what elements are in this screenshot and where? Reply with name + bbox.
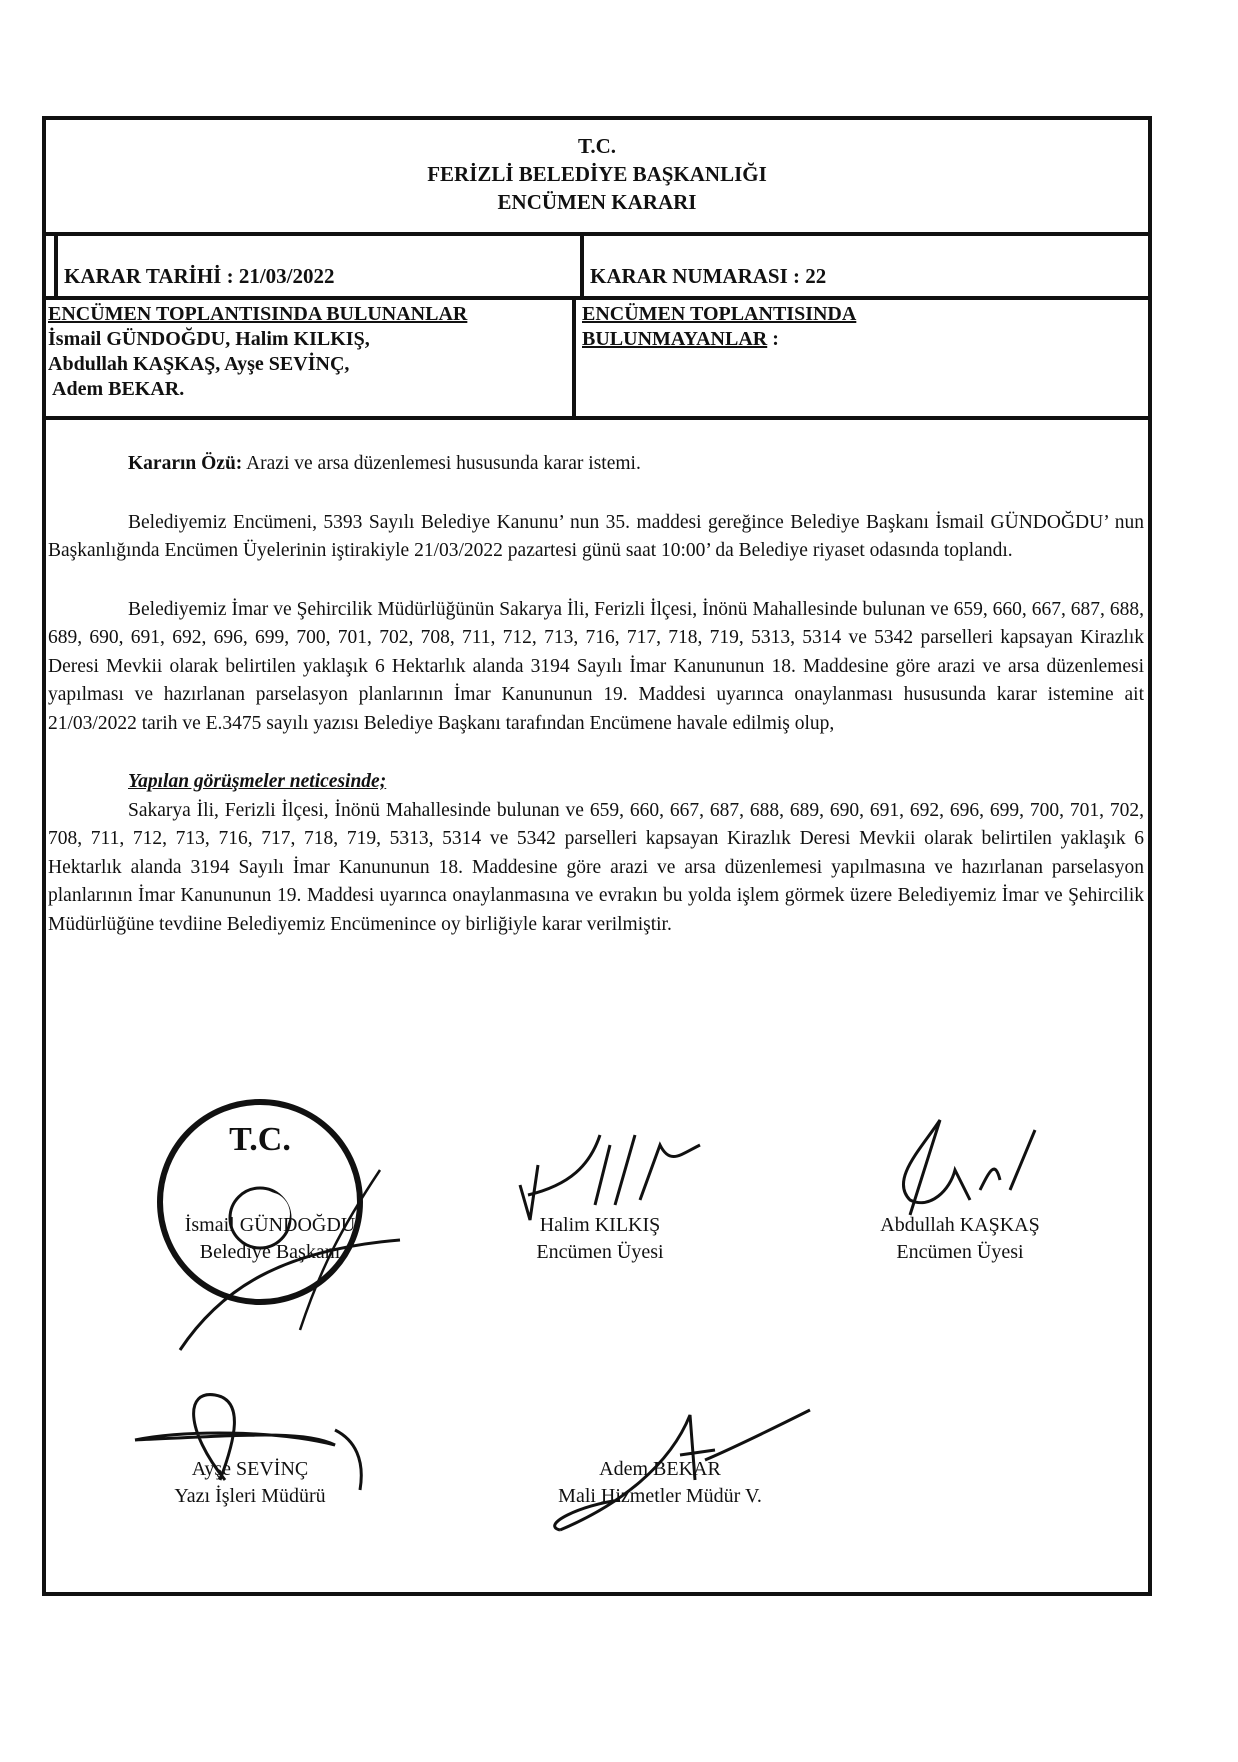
decision-document: T.C. FERİZLİ BELEDİYE BAŞKANLIĞI ENCÜMEN… [42, 116, 1152, 1596]
header-tc: T.C. [46, 132, 1148, 160]
decision-summary: Kararın Özü: Arazi ve arsa düzenlemesi h… [48, 450, 1144, 479]
paragraph-meeting: Belediyemiz Encümeni, 5393 Sayılı Beledi… [48, 509, 1144, 566]
signatory-title: Mali Hizmetler Müdür V. [520, 1483, 800, 1510]
signatory-name: Abdullah KAŞKAŞ [840, 1212, 1080, 1239]
absent-title-line1: ENCÜMEN TOPLANTISINDA [582, 302, 1148, 327]
signatory-mayor: İsmail GÜNDOĞDU Belediye Başkanı [140, 1212, 400, 1266]
attendees-absent: ENCÜMEN TOPLANTISINDA BULUNMAYANLAR : [576, 300, 1148, 416]
signatory-finance: Adem BEKAR Mali Hizmetler Müdür V. [520, 1456, 800, 1510]
decision-body: Kararın Özü: Arazi ve arsa düzenlemesi h… [46, 420, 1148, 939]
signatory-name: Halim KILKIŞ [480, 1212, 720, 1239]
absent-title-line2: BULUNMAYANLAR [582, 328, 767, 350]
signatory-name: Adem BEKAR [520, 1456, 800, 1483]
attendance-row: ENCÜMEN TOPLANTISINDA BULUNANLAR İsmail … [46, 300, 1148, 420]
signatory-member-1: Halim KILKIŞ Encümen Üyesi [480, 1212, 720, 1266]
decision-meta-row: KARAR TARİHİ : 21/03/2022 KARAR NUMARASI… [46, 236, 1148, 300]
signature-icon [860, 1110, 1060, 1220]
header-municipality: FERİZLİ BELEDİYE BAŞKANLIĞI [46, 160, 1148, 188]
paragraph-request: Belediyemiz İmar ve Şehircilik Müdürlüğü… [48, 596, 1144, 739]
header-title: ENCÜMEN KARARI [46, 188, 1148, 216]
conclusion-title: Yapılan görüşmeler neticesinde; [48, 768, 1144, 797]
svg-text:T.C.: T.C. [229, 1121, 291, 1158]
present-title: ENCÜMEN TOPLANTISINDA BULUNANLAR [48, 302, 572, 327]
signatory-title: Encümen Üyesi [840, 1239, 1080, 1266]
present-line: Adem BEKAR. [48, 377, 572, 402]
summary-label: Kararın Özü: [128, 453, 242, 474]
signatory-clerk: Ayşe SEVİNÇ Yazı İşleri Müdürü [130, 1456, 370, 1510]
signatory-title: Encümen Üyesi [480, 1239, 720, 1266]
signatory-title: Belediye Başkanı [140, 1239, 400, 1266]
official-stamp-icon: T.C. [140, 1090, 400, 1330]
signatory-name: İsmail GÜNDOĞDU [140, 1212, 400, 1239]
decision-number: KARAR NUMARASI : 22 [584, 236, 1148, 296]
summary-text: Arazi ve arsa düzenlemesi hususunda kara… [242, 453, 641, 474]
signatory-member-2: Abdullah KAŞKAŞ Encümen Üyesi [840, 1212, 1080, 1266]
attendees-present: ENCÜMEN TOPLANTISINDA BULUNANLAR İsmail … [46, 300, 576, 416]
decision-date: KARAR TARİHİ : 21/03/2022 [54, 236, 584, 296]
signature-icon [510, 1125, 710, 1225]
signatory-name: Ayşe SEVİNÇ [130, 1456, 370, 1483]
present-line: İsmail GÜNDOĞDU, Halim KILKIŞ, [48, 327, 572, 352]
present-line: Abdullah KAŞKAŞ, Ayşe SEVİNÇ, [48, 352, 572, 377]
signatory-title: Yazı İşleri Müdürü [130, 1483, 370, 1510]
paragraph-decision: Sakarya İli, Ferizli İlçesi, İnönü Mahal… [48, 797, 1144, 940]
absent-colon: : [767, 328, 779, 350]
document-header: T.C. FERİZLİ BELEDİYE BAŞKANLIĞI ENCÜMEN… [46, 120, 1148, 236]
